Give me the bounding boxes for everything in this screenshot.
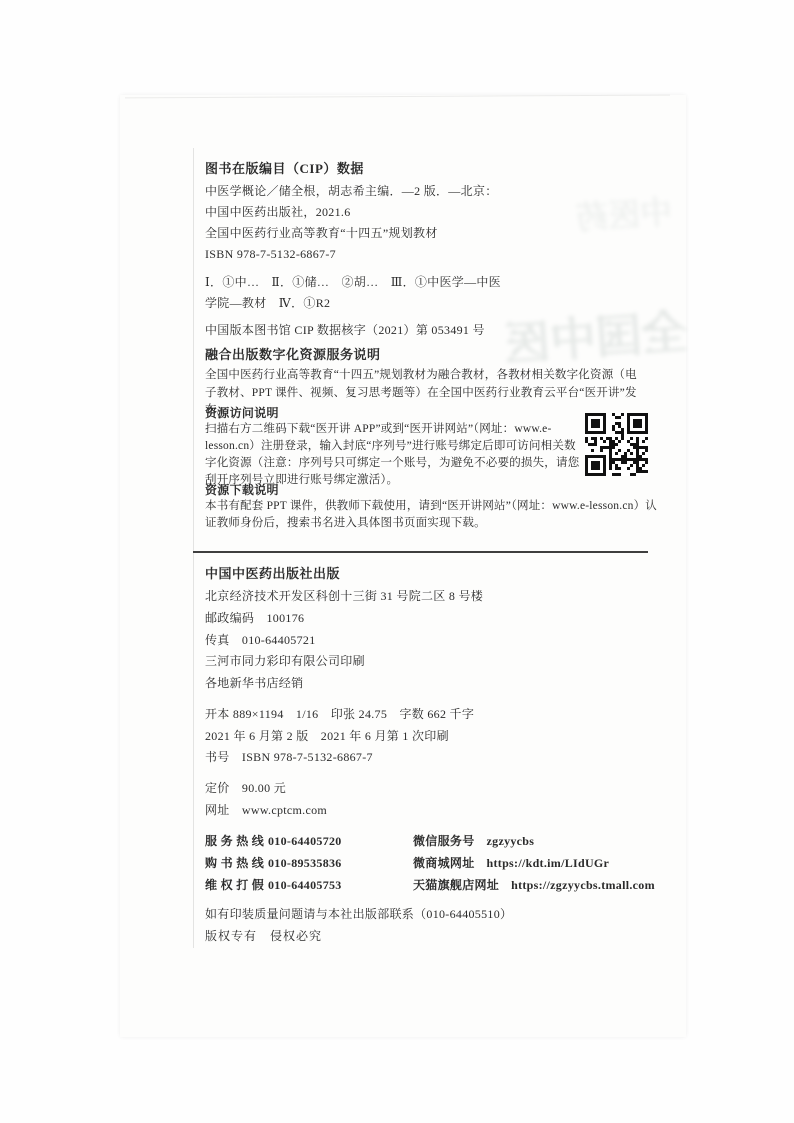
publisher-postcode: 邮政编码 100176 [205, 608, 483, 630]
qr-code [585, 413, 648, 476]
digital-resources-heading: 融合出版数字化资源服务说明 [205, 344, 381, 365]
price-website-block: 定价 90.00 元 网址 www.cptcm.com [205, 778, 327, 821]
hotline-row: 服 务 热 线 010-64405720 微信服务号 zgzyycbs [205, 830, 655, 852]
resource-download-body: 本书有配套 PPT 课件，供教师下载使用，请到“医开讲网站”（网址：www.e-… [205, 498, 667, 532]
cip-line: 中国中医药出版社，2021.6 [205, 202, 498, 223]
publisher-address: 北京经济技术开发区科创十三街 31 号院二区 8 号楼 [205, 586, 483, 608]
tmall-store-url: https://zgzyycbs.tmall.com [511, 874, 655, 896]
hotline-row: 维 权 打 假 010-64405753 天猫旗舰店网址 https://zgz… [205, 874, 655, 896]
copyright-notice: 版权专有 侵权必究 [205, 926, 322, 947]
hotline-number: 010-89535836 [268, 852, 413, 874]
cip-class-line: Ⅰ．①中… Ⅱ．①储… ②胡… Ⅲ．①中医学—中医 [205, 272, 501, 293]
hotline-row: 购 书 热 线 010-89535836 微商城网址 https://kdt.i… [205, 852, 655, 874]
format-edition-block: 开本 889×1194 1/16 印张 24.75 字数 662 千字 2021… [205, 704, 474, 769]
website-line: 网址 www.cptcm.com [205, 800, 327, 822]
microshop-label: 微商城网址 [413, 852, 475, 874]
page-gutter-line [193, 148, 194, 948]
quality-complaint-note: 如有印装质量问题请与本社出版部联系（010-64405510） [205, 904, 512, 925]
hotline-number: 010-64405753 [268, 874, 413, 896]
cip-line: 全国中医药行业高等教育“十四五”规划教材 [205, 223, 498, 244]
book-number-line: 书号 ISBN 978-7-5132-6867-7 [205, 747, 474, 769]
publisher-fax: 传真 010-64405721 [205, 630, 483, 652]
resource-access-body: 扫描右方二维码下载“医开讲 APP”或到“医开讲网站”（网址：www.e-les… [205, 421, 585, 489]
cip-line: 中医学概论／储全根，胡志希主编．—2 版．—北京： [205, 181, 498, 202]
microshop-url: https://kdt.im/LIdUGr [487, 852, 610, 874]
price-line: 定价 90.00 元 [205, 778, 327, 800]
printer-name: 三河市同力彩印有限公司印刷 [205, 651, 483, 673]
section-divider [193, 551, 648, 553]
cip-class-line: 学院—教材 Ⅳ．①R2 [205, 293, 501, 314]
tmall-store-label: 天猫旗舰店网址 [413, 874, 499, 896]
cip-heading: 图书在版编目（CIP）数据 [205, 158, 364, 179]
publisher-name: 中国中医药出版社出版 [205, 563, 340, 584]
hotlines-block: 服 务 热 线 010-64405720 微信服务号 zgzyycbs 购 书 … [205, 830, 655, 896]
wechat-service-label: 微信服务号 [413, 830, 475, 852]
hotline-number: 010-64405720 [268, 830, 413, 852]
format-line: 开本 889×1194 1/16 印张 24.75 字数 662 千字 [205, 704, 474, 726]
cip-description: 中医学概论／储全根，胡志希主编．—2 版．—北京： 中国中医药出版社，2021.… [205, 181, 498, 265]
distributor: 各地新华书店经销 [205, 673, 483, 695]
cip-classification: Ⅰ．①中… Ⅱ．①储… ②胡… Ⅲ．①中医学—中医 学院—教材 Ⅳ．①R2 [205, 272, 501, 314]
edition-line: 2021 年 6 月第 2 版 2021 年 6 月第 1 次印刷 [205, 726, 474, 748]
publisher-info: 北京经济技术开发区科创十三街 31 号院二区 8 号楼 邮政编码 100176 … [205, 586, 483, 695]
cip-record-number: 中国版本图书馆 CIP 数据核字（2021）第 053491 号 [205, 320, 485, 341]
hotline-label: 维 权 打 假 [205, 874, 268, 896]
hotline-label: 服 务 热 线 [205, 830, 268, 852]
cip-line: ISBN 978-7-5132-6867-7 [205, 244, 498, 265]
hotline-label: 购 书 热 线 [205, 852, 268, 874]
scanned-colophon-page: 全国中医 中医药 图书在版编目（CIP）数据 中医学概论／储全根，胡志希主编．—… [0, 0, 794, 1123]
wechat-service-id: zgzyycbs [487, 830, 535, 852]
